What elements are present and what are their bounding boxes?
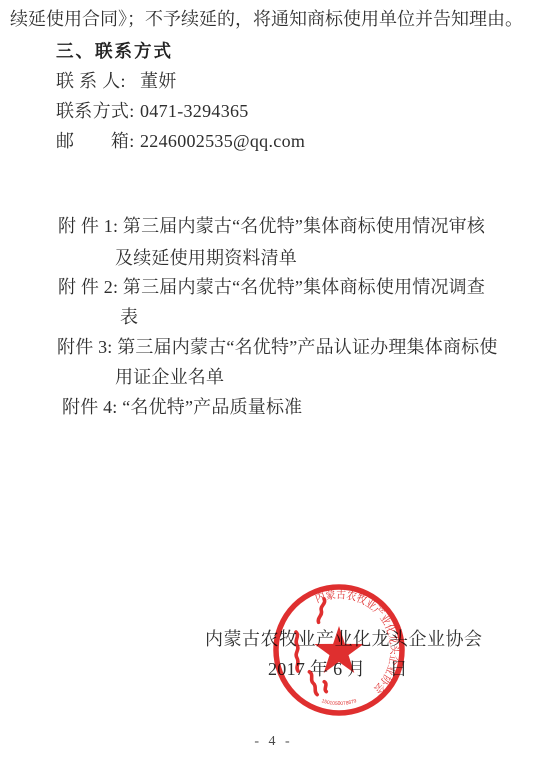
signature-date: 2017 年 6 月日 [268,659,408,680]
contact-value: 0471-3294365 [140,101,249,121]
contact-row-person: 联 系 人:董妍 [56,71,177,92]
attachment-3-line-1: 附件 3: 第三届内蒙古“名优特”产品认证办理集体商标使 [57,337,498,358]
contact-row-email: 邮 箱:2246002535@qq.com [56,131,305,152]
attachment-1-line-1: 附 件 1: 第三届内蒙古“名优特”集体商标使用情况审核 [58,216,485,237]
page-number: - 4 - [0,734,547,750]
contact-row-phone: 联系方式:0471-3294365 [56,101,249,122]
contact-value: 董妍 [140,71,177,91]
section-heading: 三、联系方式 [56,41,173,62]
contact-label: 邮 箱: [56,131,140,152]
seal-code-text: 1501050078679 [321,698,358,707]
contact-value: 2246002535@qq.com [140,131,305,151]
attachment-3-line-2: 用证企业名单 [115,367,224,388]
signature-date-prefix: 2017 年 6 月 [268,659,366,679]
attachment-1-line-2: 及续延使用期资料清单 [115,248,297,269]
signature-org: 内蒙古农牧业产业化龙头企业协会 [205,629,483,650]
seal-ring [276,587,402,713]
attachment-4-line-1: 附件 4: “名优特”产品质量标准 [62,397,302,418]
signature-date-suffix: 日 [390,659,408,679]
official-seal-stamp-icon: 内蒙古农牧业产业化龙头企业协会 1501050078679 [271,582,407,718]
contact-label: 联 系 人: [56,71,140,92]
attachment-2-line-1: 附 件 2: 第三届内蒙古“名优特”集体商标使用情况调查 [58,277,485,298]
intro-line: 续延使用合同》；不予续延的，将通知商标使用单位并告知理由。 [10,9,523,30]
attachment-2-line-2: 表 [120,307,138,328]
document-page: 续延使用合同》；不予续延的，将通知商标使用单位并告知理由。 三、联系方式 联 系… [0,0,547,763]
contact-label: 联系方式: [56,101,140,122]
